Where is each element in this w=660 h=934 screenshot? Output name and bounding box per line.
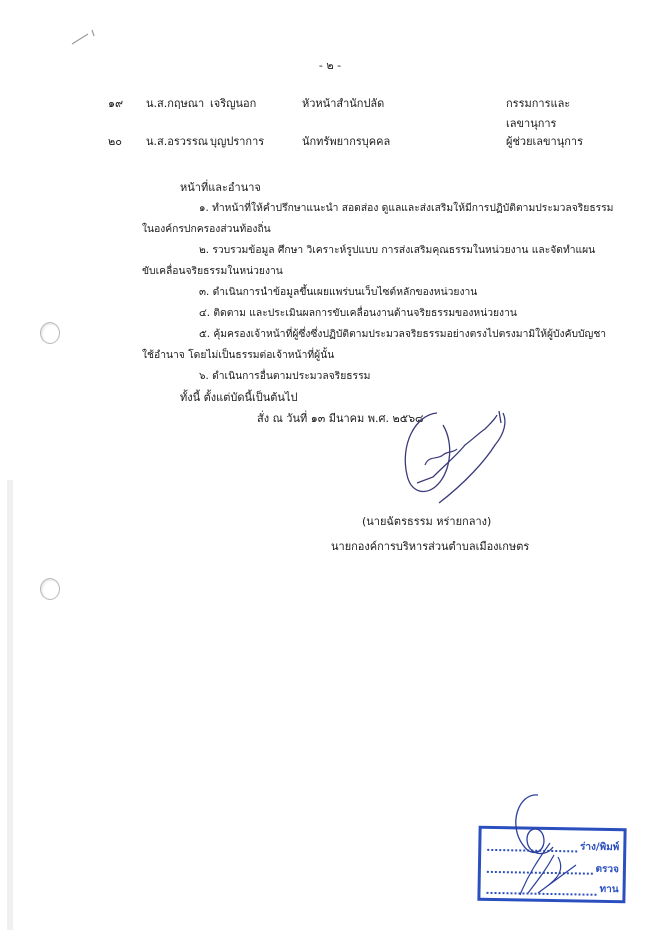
duty-item-1-cont: ในองค์กรปกครองส่วนท้องถิ่น	[142, 220, 271, 237]
signatory-name: (นายฉัตรธรรม หร่ายกลาง)	[362, 512, 491, 530]
stamp-check-label: ตรวจ	[593, 862, 619, 877]
duty-item-2-cont: ขับเคลื่อนจริยธรรมในหน่วยงาน	[142, 262, 283, 279]
member-position: นักทรัพยากรบุคคล	[302, 132, 390, 150]
punch-hole-icon	[40, 322, 60, 344]
page-number: - ๒ -	[0, 56, 660, 74]
scan-edge	[7, 480, 13, 930]
duty-item-5-cont: ใช้อำนาจ โดยไม่เป็นธรรมต่อเจ้าหน้าที่ผู้…	[142, 346, 334, 363]
member-name: น.ส.กฤษณา	[146, 94, 204, 112]
signature-icon	[395, 405, 525, 505]
duty-item-4: ๔. ติดตาม และประเมินผลการขับเคลื่อนงานด้…	[199, 304, 517, 321]
scan-mark-icon	[60, 22, 100, 52]
member-surname: เจริญนอก	[210, 94, 256, 112]
duties-heading: หน้าที่และอำนาจ	[180, 178, 261, 196]
effective-clause: ทั้งนี้ ตั้งแต่บัดนี้เป็นต้นไป	[180, 388, 297, 406]
member-surname: บุญปราการ	[210, 132, 264, 150]
member-no: ๑๙	[108, 94, 123, 112]
member-role: กรรมการและ	[506, 94, 570, 112]
duty-item-3: ๓. ดำเนินการนำข้อมูลขึ้นเผยแพร่บนเว็บไซต…	[199, 283, 477, 300]
member-position: หัวหน้าสำนักปลัด	[302, 94, 384, 112]
signatory-title: นายกองค์การบริหารส่วนตำบลเมืองเกษตร	[331, 537, 529, 555]
member-name: น.ส.อรวรรณ	[146, 132, 208, 150]
initials-icon	[498, 785, 588, 905]
duty-item-2: ๒. รวบรวมข้อมูล ศึกษา วิเคราะห์รูปแบบ กา…	[199, 241, 595, 258]
duty-item-1: ๑. ทำหน้าที่ให้คำปรึกษาแนะนำ สอดส่อง ดูแ…	[199, 199, 613, 216]
member-role: ผู้ช่วยเลขานุการ	[506, 132, 583, 150]
punch-hole-icon	[40, 578, 60, 600]
stamp-review-label: ทาน	[597, 882, 618, 897]
member-role-cont: เลขานุการ	[506, 114, 556, 132]
member-no: ๒๐	[108, 132, 122, 150]
duty-item-5: ๕. คุ้มครองเจ้าหน้าที่ผู้ซึ่งซึ่งปฏิบัติ…	[199, 325, 606, 342]
duty-item-6: ๖. ดำเนินการอื่นตามประมวลจริยธรรม	[199, 367, 370, 384]
